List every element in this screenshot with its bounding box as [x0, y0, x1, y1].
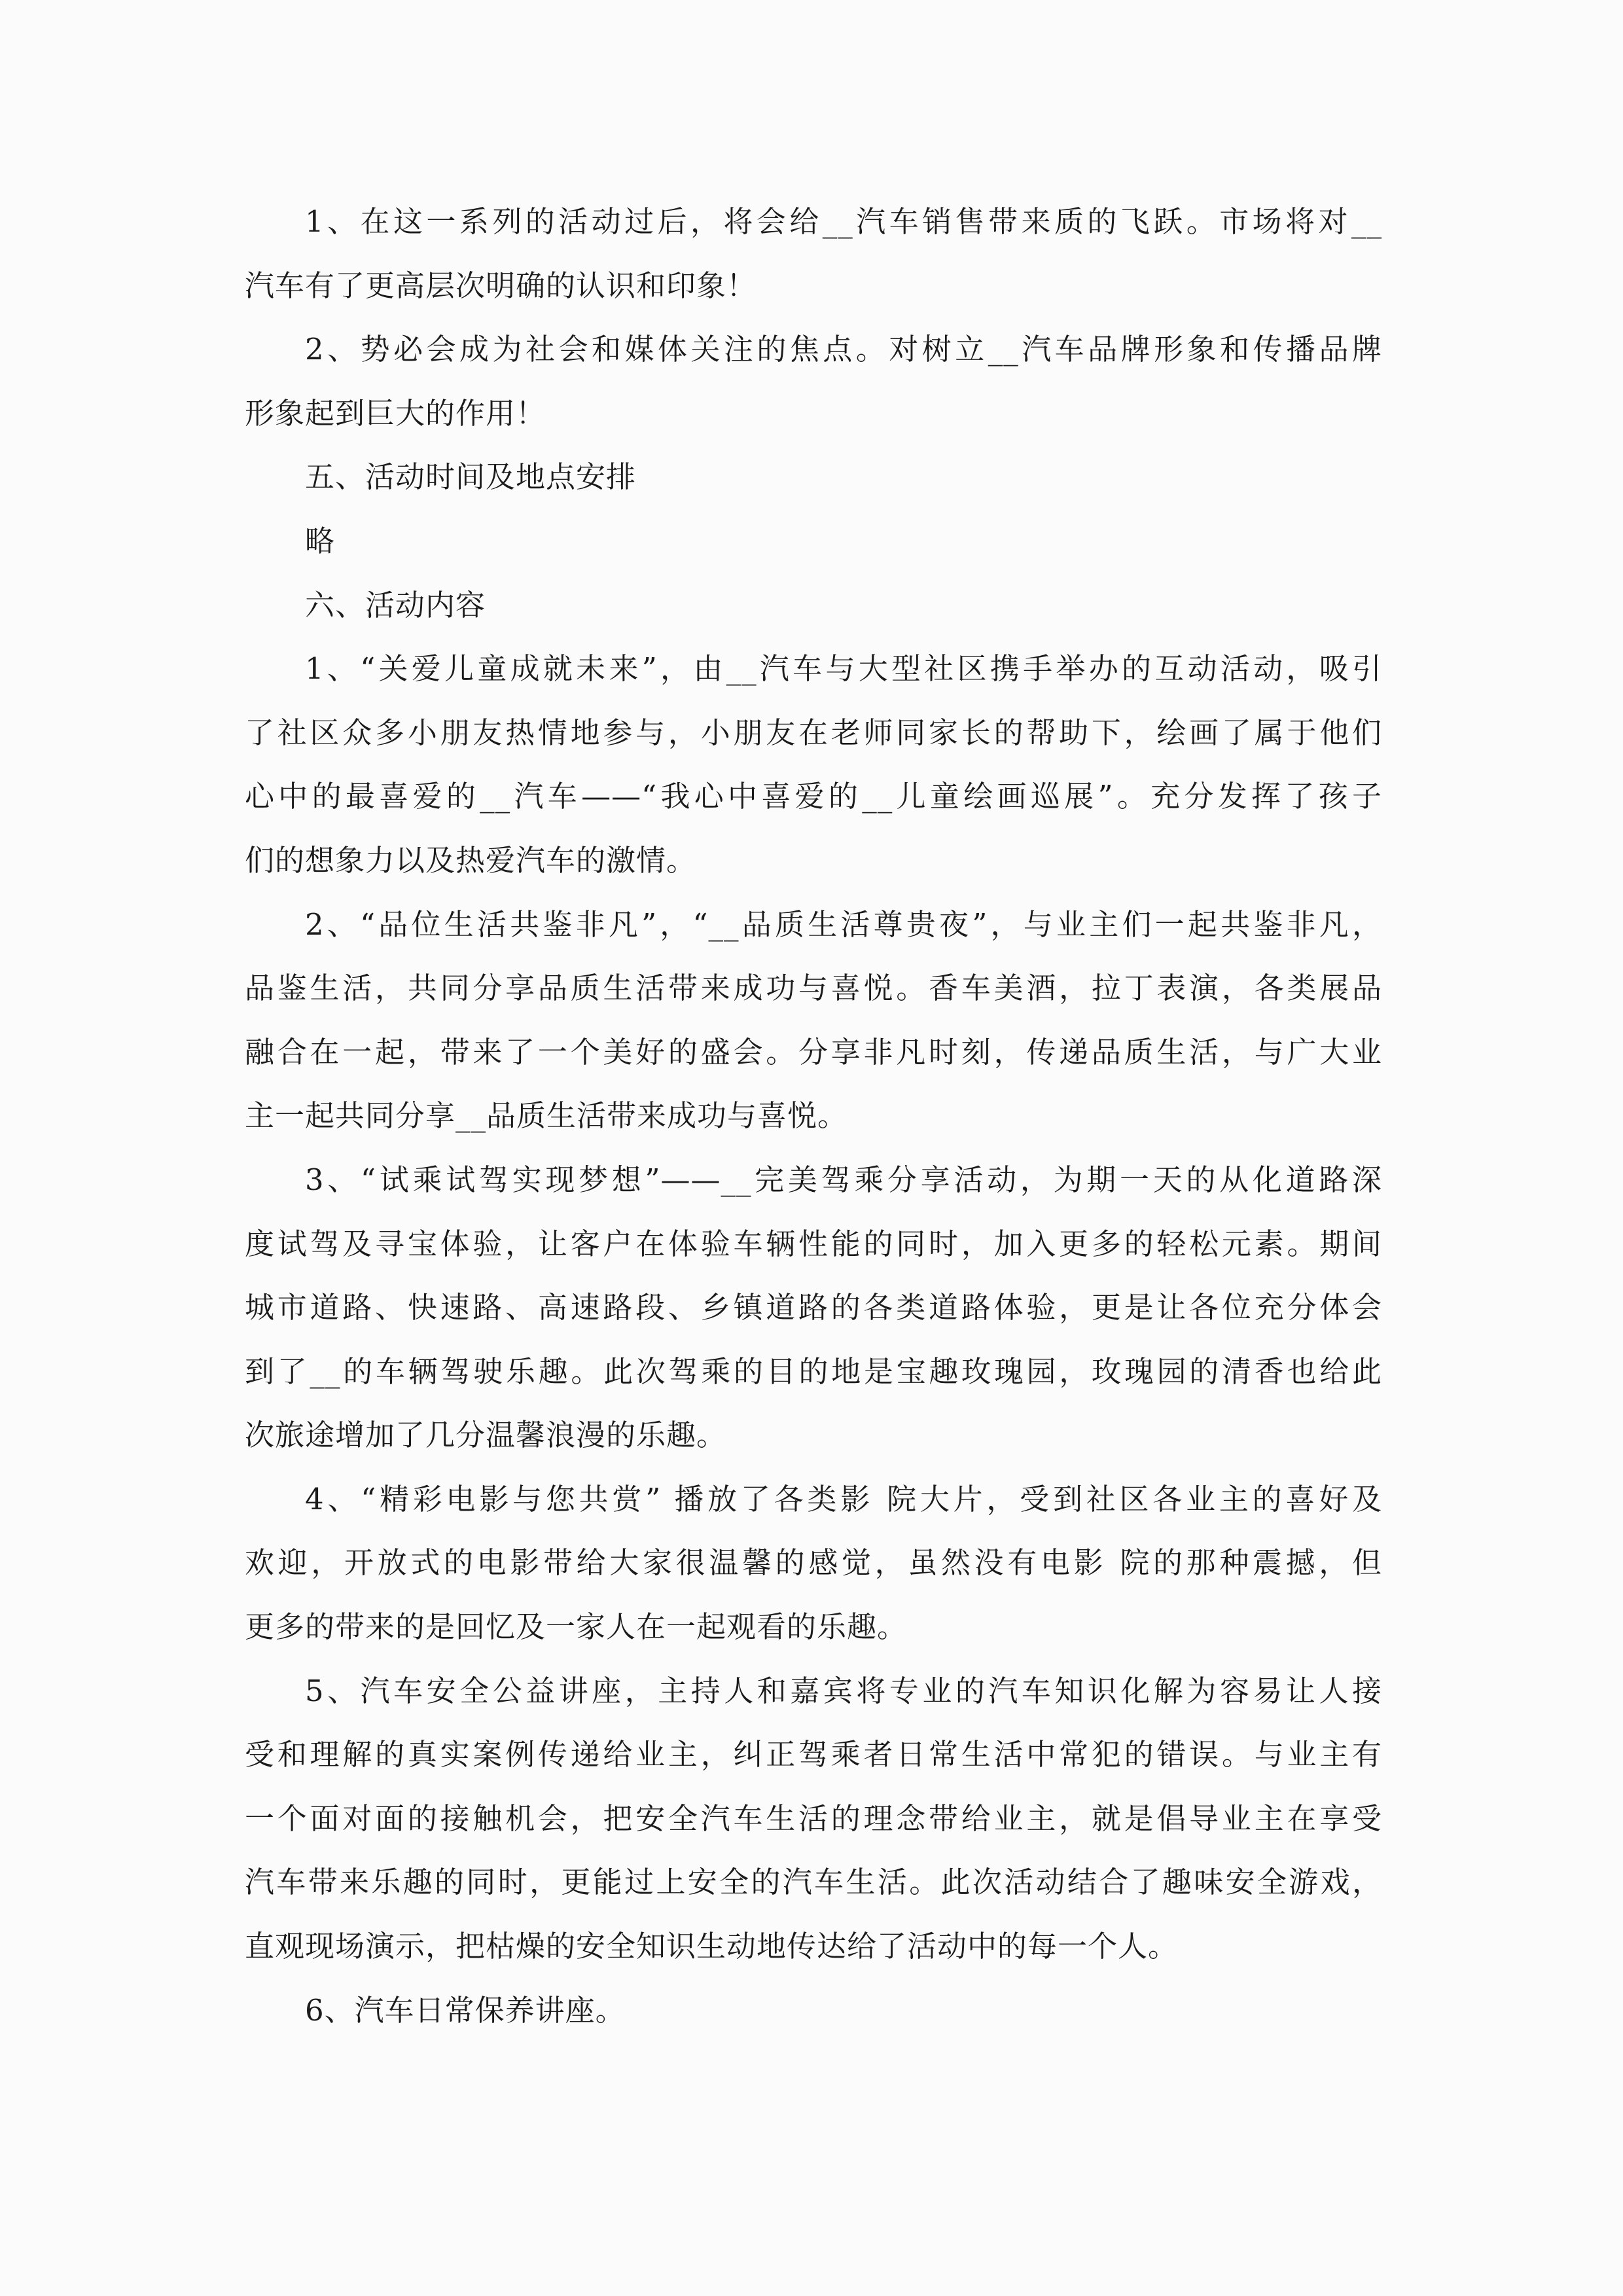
document-line: 汽车有了更高层次明确的认识和印象！	[245, 254, 1382, 318]
document-heading: 五、活动时间及地点安排	[245, 445, 1382, 509]
document-line: 更多的带来的是回忆及一家人在一起观看的乐趣。	[245, 1595, 1382, 1659]
document-line: 1、在这一系列的活动过后，将会给__汽车销售带来质的飞跃。市场将对__	[245, 190, 1382, 254]
document-line: 5、汽车安全公益讲座，主持人和嘉宾将专业的汽车知识化解为容易让人接	[245, 1659, 1382, 1723]
document-line: 们的想象力以及热爱汽车的激情。	[245, 829, 1382, 893]
document-body: 1、在这一系列的活动过后，将会给__汽车销售带来质的飞跃。市场将对__ 汽车有了…	[245, 190, 1382, 2042]
document-line: 受和理解的真实案例传递给业主，纠正驾乘者日常生活中常犯的错误。与业主有	[245, 1723, 1382, 1787]
document-line: 一个面对面的接触机会，把安全汽车生活的理念带给业主，就是倡导业主在享受	[245, 1787, 1382, 1851]
document-line: 主一起共同分享__品质生活带来成功与喜悦。	[245, 1084, 1382, 1148]
document-line: 汽车带来乐趣的同时，更能过上安全的汽车生活。此次活动结合了趣味安全游戏，	[245, 1850, 1382, 1914]
document-line: 心中的最喜爱的__汽车——“我心中喜爱的__儿童绘画巡展”。充分发挥了孩子	[245, 764, 1382, 829]
document-line: 次旅途增加了几分温馨浪漫的乐趣。	[245, 1403, 1382, 1467]
document-line: 略	[245, 509, 1382, 573]
document-line: 品鉴生活，共同分享品质生活带来成功与喜悦。香车美酒，拉丁表演，各类展品	[245, 956, 1382, 1020]
document-line: 欢迎，开放式的电影带给大家很温馨的感觉，虽然没有电影 院的那种震撼，但	[245, 1531, 1382, 1595]
document-line: 2、势必会成为社会和媒体关注的焦点。对树立__汽车品牌形象和传播品牌	[245, 317, 1382, 382]
document-line: 2、“品位生活共鉴非凡”，“__品质生活尊贵夜”，与业主们一起共鉴非凡，	[245, 893, 1382, 957]
document-page: 1、在这一系列的活动过后，将会给__汽车销售带来质的飞跃。市场将对__ 汽车有了…	[0, 0, 1623, 2296]
document-line: 了社区众多小朋友热情地参与，小朋友在老师同家长的帮助下，绘画了属于他们	[245, 701, 1382, 765]
document-line: 度试驾及寻宝体验，让客户在体验车辆性能的同时，加入更多的轻松元素。期间	[245, 1212, 1382, 1276]
document-line: 4、“精彩电影与您共赏” 播放了各类影 院大片，受到社区各业主的喜好及	[245, 1467, 1382, 1532]
document-line: 3、“试乘试驾实现梦想”——__完美驾乘分享活动，为期一天的从化道路深	[245, 1148, 1382, 1212]
document-line: 6、汽车日常保养讲座。	[245, 1979, 1382, 2043]
document-line: 形象起到巨大的作用！	[245, 382, 1382, 446]
document-heading: 六、活动内容	[245, 573, 1382, 637]
document-line: 城市道路、快速路、高速路段、乡镇道路的各类道路体验，更是让各位充分体会	[245, 1276, 1382, 1340]
document-line: 融合在一起，带来了一个美好的盛会。分享非凡时刻，传递品质生活，与广大业	[245, 1020, 1382, 1085]
document-line: 到了__的车辆驾驶乐趣。此次驾乘的目的地是宝趣玫瑰园，玫瑰园的清香也给此	[245, 1340, 1382, 1404]
document-line: 直观现场演示，把枯燥的安全知识生动地传达给了活动中的每一个人。	[245, 1914, 1382, 1979]
document-line: 1、“关爱儿童成就未来”，由__汽车与大型社区携手举办的互动活动，吸引	[245, 637, 1382, 701]
